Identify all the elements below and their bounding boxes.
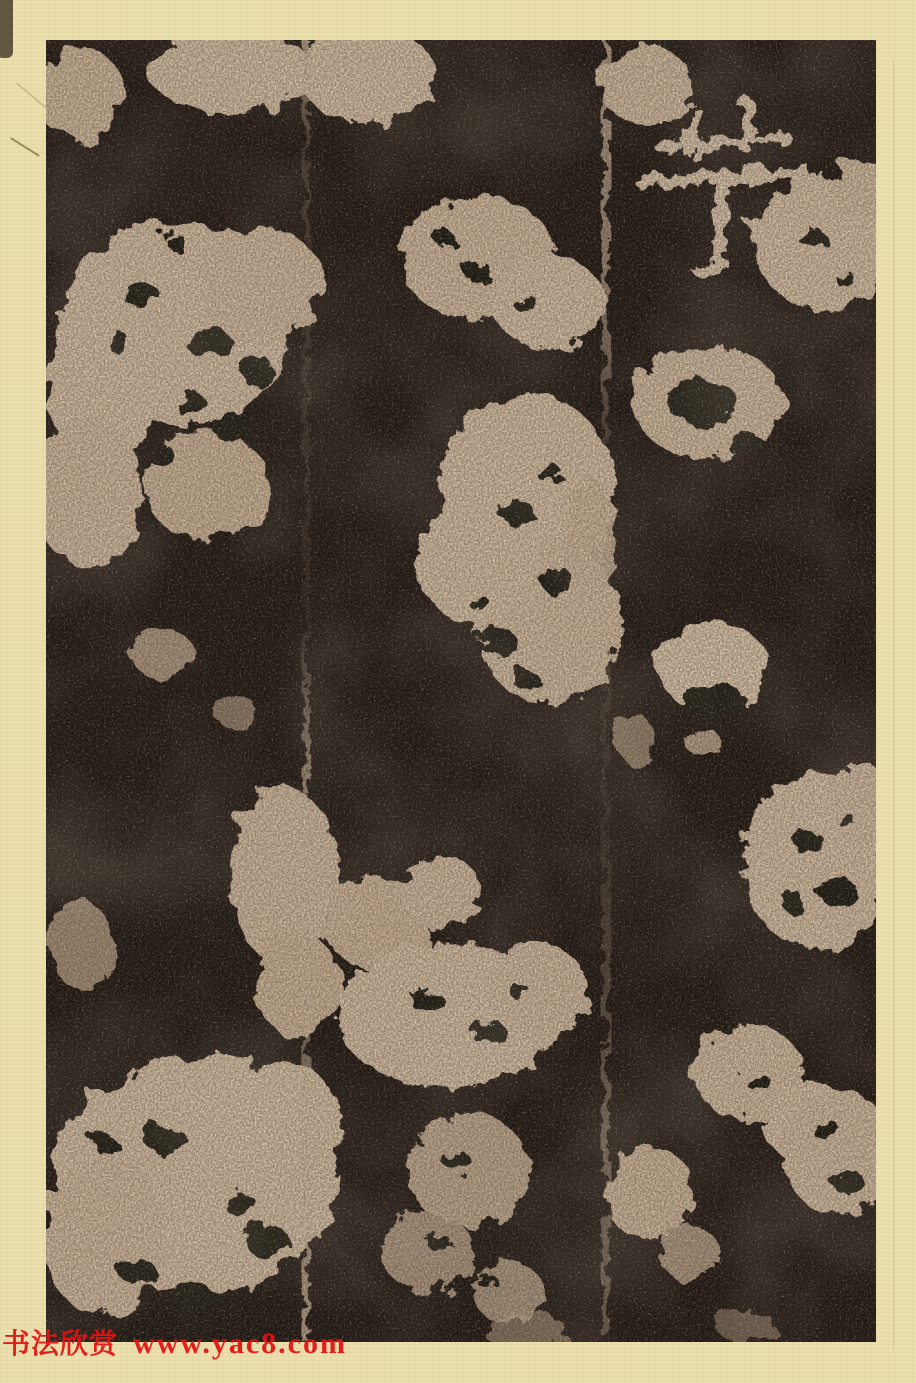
dark-grain — [46, 40, 876, 1342]
stone-rubbing-image — [46, 40, 876, 1342]
scanned-paper-page: 书法欣赏 www.yac8.com — [0, 0, 916, 1383]
site-watermark: 书法欣赏 www.yac8.com — [2, 1322, 347, 1362]
paper-crease-right — [893, 60, 894, 1350]
paper-crease — [16, 82, 48, 109]
paper-scratch — [10, 137, 40, 157]
paper-edge-mark — [0, 0, 13, 58]
watermark-site-name: 书法欣赏 — [2, 1322, 118, 1362]
watermark-site-url: www.yac8.com — [133, 1327, 347, 1361]
